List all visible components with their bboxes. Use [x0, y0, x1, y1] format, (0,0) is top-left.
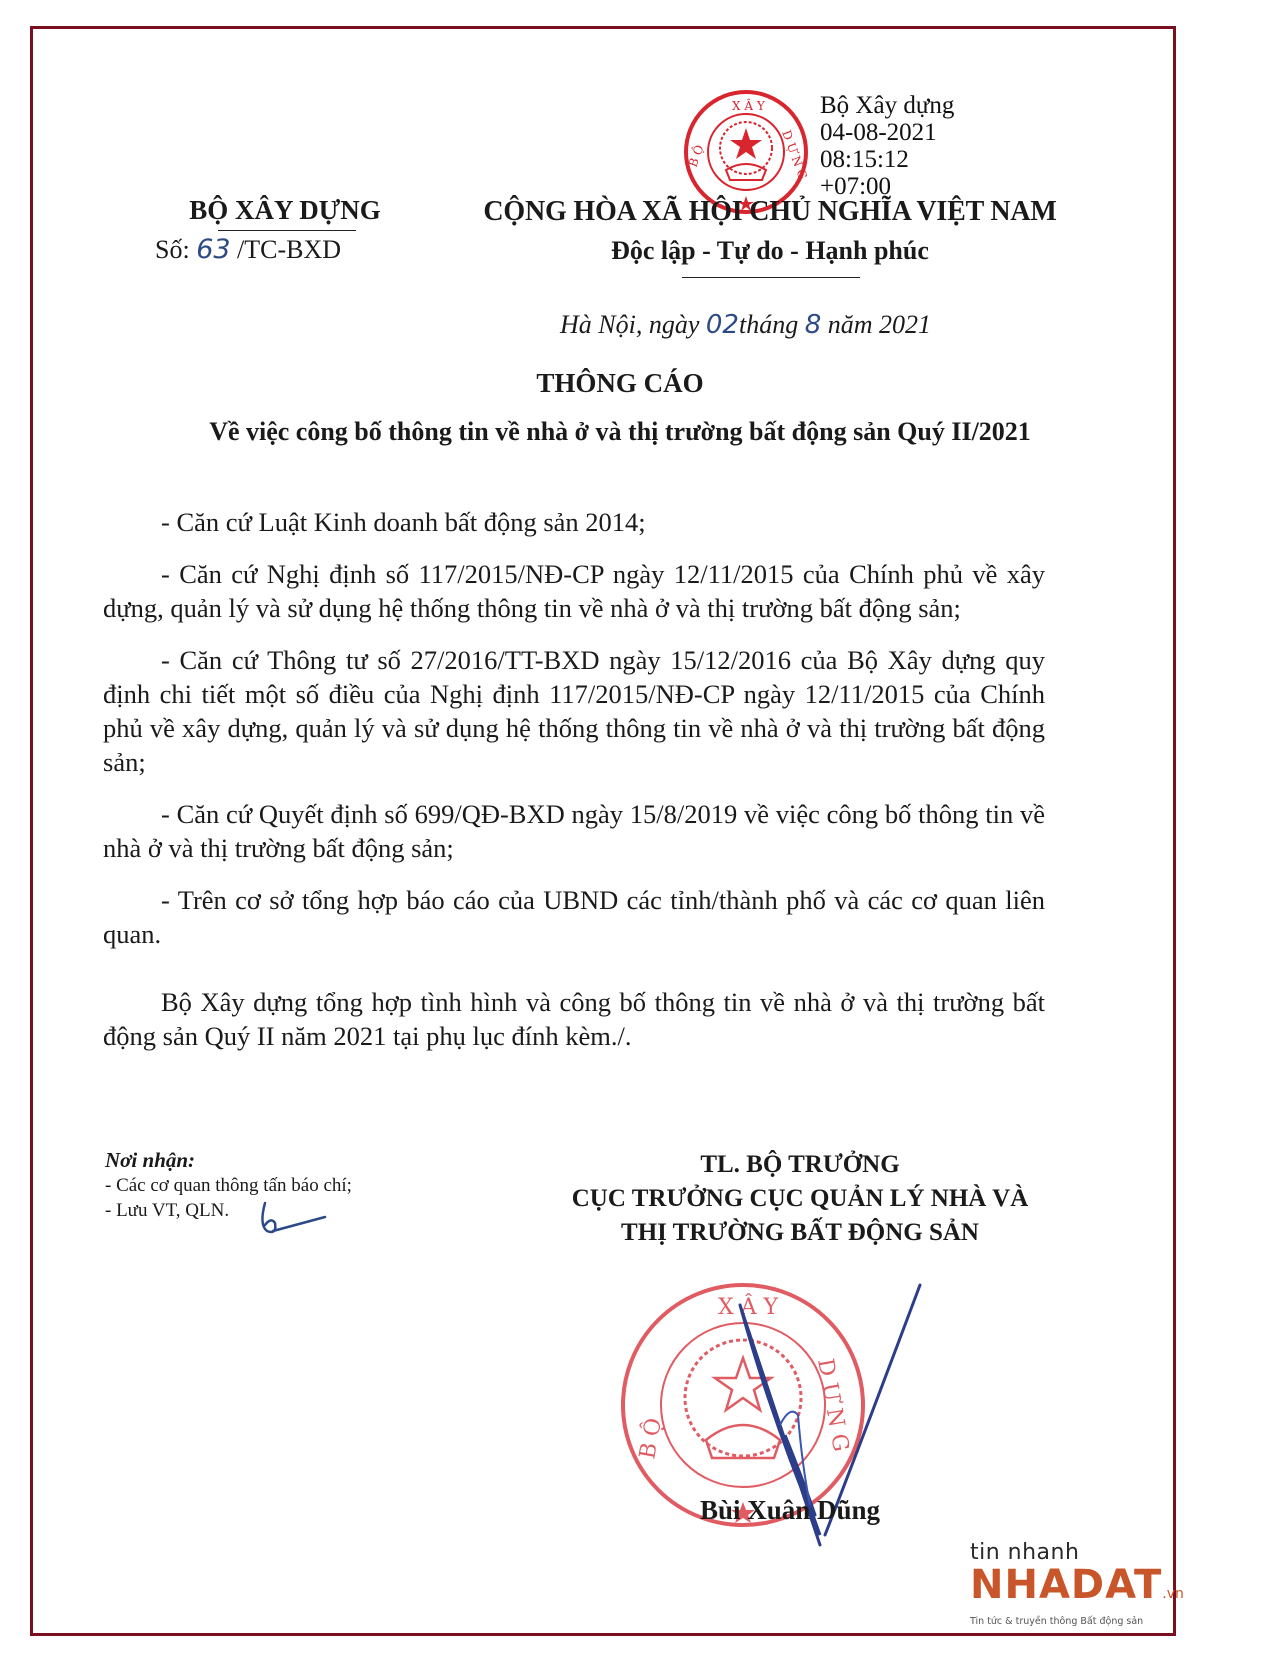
svg-text:X Â Y: X Â Y	[732, 98, 766, 113]
body-paragraph: - Căn cứ Quyết định số 699/QĐ-BXD ngày 1…	[103, 797, 1045, 865]
month-handwritten: 8	[805, 310, 822, 340]
brand-logo: NHADAT.vn	[970, 1565, 1184, 1614]
body-paragraph: - Căn cứ Thông tư số 27/2016/TT-BXD ngày…	[103, 643, 1045, 779]
year-label: năm 2021	[821, 310, 931, 339]
brand-watermark: tin nhanh NHADAT.vn Tin tức & truyền thô…	[970, 1540, 1184, 1627]
day-handwritten: 02	[706, 310, 739, 340]
recipients-title: Nơi nhận:	[105, 1148, 352, 1173]
digital-signature-info: Bộ Xây dựng 04-08-2021 08:15:12 +07:00	[820, 92, 954, 200]
signature-authority: TL. BỘ TRƯỞNG	[520, 1148, 1080, 1182]
brand-tagline: Tin tức & truyền thông Bất động sản	[970, 1616, 1184, 1627]
document-title: THÔNG CÁO	[100, 368, 1140, 399]
national-motto: Độc lập - Tự do - Hạnh phúc	[470, 236, 1070, 266]
digital-signature-signer: Bộ Xây dựng	[820, 92, 954, 119]
signer-name: Bùi Xuân Dũng	[640, 1495, 940, 1526]
motto-underline	[682, 277, 860, 278]
body-paragraph: - Trên cơ sở tổng hợp báo cáo của UBND c…	[103, 883, 1045, 951]
doc-number-handwritten: 63	[196, 234, 230, 265]
document-body: - Căn cứ Luật Kinh doanh bất động sản 20…	[103, 505, 1045, 1071]
signature-block: TL. BỘ TRƯỞNG CỤC TRƯỞNG CỤC QUẢN LÝ NHÀ…	[520, 1148, 1080, 1250]
brand-main-text: NHADAT	[970, 1562, 1162, 1608]
place-and-date: Hà Nội, ngày 02tháng 8 năm 2021	[560, 310, 980, 340]
document-number: Số: 63 /TC-BXD	[155, 234, 341, 265]
organization-underline	[218, 230, 356, 231]
body-paragraph: - Căn cứ Nghị định số 117/2015/NĐ-CP ngà…	[103, 557, 1045, 625]
national-title: CỘNG HÒA XÃ HỘI CHỦ NGHĨA VIỆT NAM	[470, 196, 1070, 228]
digital-signature-time: 08:15:12	[820, 146, 954, 173]
month-label: tháng	[739, 310, 805, 339]
body-paragraph: - Căn cứ Luật Kinh doanh bất động sản 20…	[103, 505, 1045, 539]
document-subtitle: Về việc công bố thông tin về nhà ở và th…	[100, 417, 1140, 447]
doc-number-suffix: /TC-BXD	[237, 235, 341, 264]
handwritten-initial-icon	[255, 1195, 335, 1245]
signature-title-line1: CỤC TRƯỞNG CỤC QUẢN LÝ NHÀ VÀ	[520, 1182, 1080, 1216]
doc-number-prefix: Số:	[155, 235, 190, 264]
place-prefix: Hà Nội, ngày	[560, 310, 706, 339]
brand-suffix: .vn	[1162, 1586, 1184, 1602]
body-paragraph: Bộ Xây dựng tổng hợp tình hình và công b…	[103, 985, 1045, 1053]
issuing-organization: BỘ XÂY DỰNG	[140, 195, 430, 226]
signature-title-line2: THỊ TRƯỜNG BẤT ĐỘNG SẢN	[520, 1216, 1080, 1250]
digital-signature-date: 04-08-2021	[820, 119, 954, 146]
